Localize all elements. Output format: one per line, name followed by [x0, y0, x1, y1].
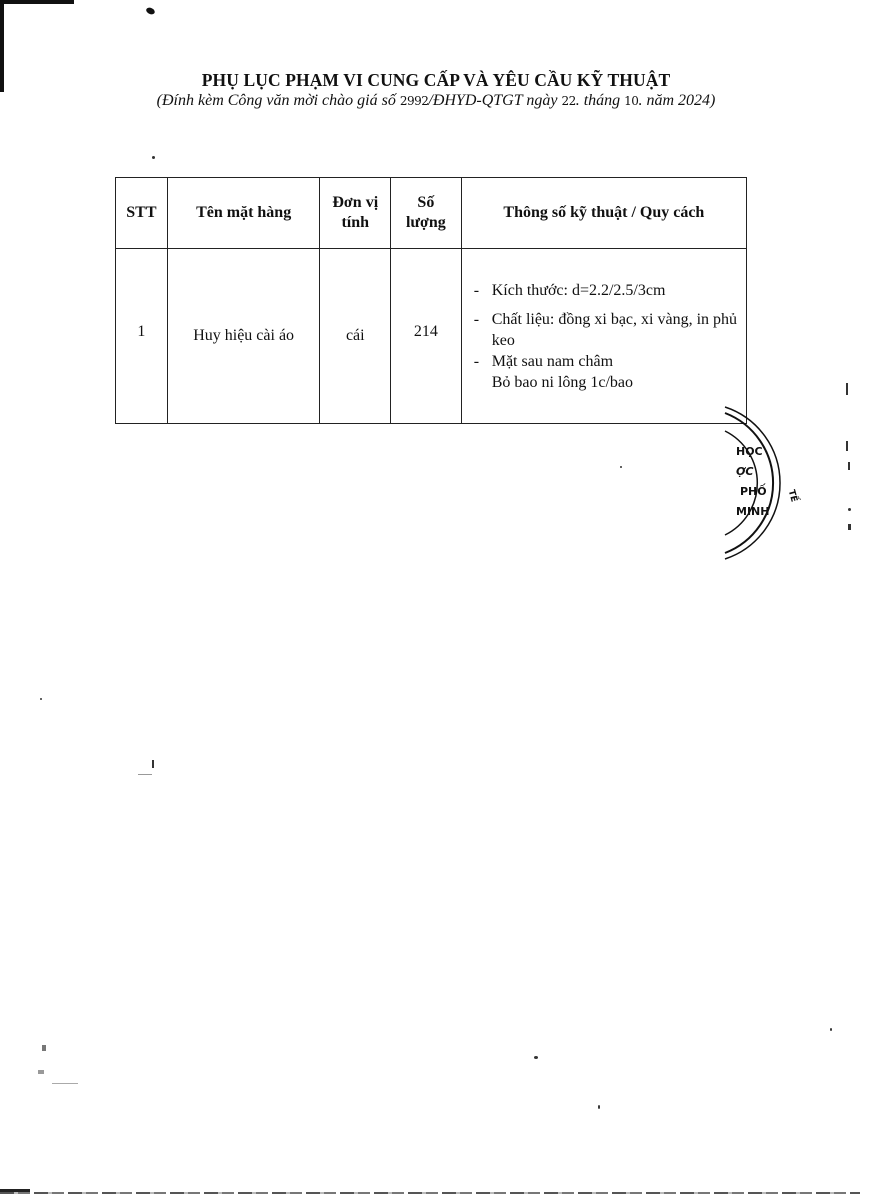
scan-speck — [152, 156, 155, 159]
scan-speck — [42, 1045, 46, 1051]
scan-speck — [620, 466, 622, 468]
stamp-text: HỌC — [736, 445, 763, 458]
table-header-row: STT Tên mặt hàng Đơn vị tính Số lượng Th… — [116, 178, 747, 249]
handwritten-month: 10 — [624, 94, 638, 108]
cell-unit: cái — [320, 249, 391, 424]
stamp-ring-icon — [700, 403, 810, 563]
subtitle-suffix: . năm 2024) — [638, 92, 715, 109]
stamp-text: MINH — [736, 505, 769, 518]
subtitle-prefix: (Đính kèm Công văn mời chào giá số — [157, 92, 400, 109]
subtitle-mid: . tháng — [576, 92, 624, 109]
subtitle-mid: /ĐHYD-QTGT ngày — [428, 92, 561, 109]
header-stt: STT — [116, 178, 168, 249]
cell-specification: -Kích thước: d=2.2/2.5/3cm -Chất liệu: đ… — [461, 249, 746, 424]
spec-item: -Chất liệu: đồng xi bạc, xi vàng, in phủ… — [474, 309, 746, 351]
spec-item: -Mặt sau nam châm — [474, 351, 746, 372]
scan-border-artifact — [0, 1192, 860, 1194]
document-subtitle: (Đính kèm Công văn mời chào giá số 2992/… — [0, 92, 872, 110]
scan-speck — [598, 1105, 600, 1109]
document-title: PHỤ LỤC PHẠM VI CUNG CẤP VÀ YÊU CẦU KỸ T… — [0, 70, 872, 91]
scan-speck — [534, 1056, 538, 1059]
scan-speck — [830, 1028, 832, 1031]
official-stamp: HỌC ỢC PHỐ MINH TẾ — [700, 403, 810, 563]
header-qty-line2: lượng — [406, 214, 446, 231]
margin-mark — [848, 508, 851, 511]
bullet-dash: - — [474, 280, 479, 301]
margin-mark — [846, 441, 848, 451]
scan-speck — [38, 1070, 44, 1074]
scan-speck — [40, 698, 42, 700]
bullet-dash: - — [474, 309, 479, 330]
header-specification: Thông số kỹ thuật / Quy cách — [461, 178, 746, 249]
table-row: 1 Huy hiệu cài áo cái 214 -Kích thước: d… — [116, 249, 747, 424]
header-unit: Đơn vị tính — [320, 178, 391, 249]
cell-item-name: Huy hiệu cài áo — [167, 249, 320, 424]
header-unit-line1: Đơn vị — [332, 194, 378, 211]
scan-speck — [138, 774, 152, 775]
spec-text: Mặt sau nam châm — [492, 353, 613, 370]
margin-mark — [848, 462, 850, 470]
handwritten-day: 22 — [561, 94, 575, 108]
stamp-text: PHỐ — [740, 485, 767, 498]
bullet-dash: - — [474, 351, 479, 372]
stamp-text: ỢC — [736, 465, 753, 478]
scan-speck — [145, 6, 156, 15]
margin-mark — [846, 383, 848, 395]
cell-quantity: 214 — [391, 249, 462, 424]
header-quantity: Số lượng — [391, 178, 462, 249]
header-item-name: Tên mặt hàng — [167, 178, 320, 249]
spec-text: Bỏ bao ni lông 1c/bao — [492, 374, 633, 391]
handwritten-doc-number: 2992 — [400, 94, 429, 108]
spec-text: Kích thước: d=2.2/2.5/3cm — [492, 282, 666, 299]
spec-item: Bỏ bao ni lông 1c/bao — [474, 372, 746, 393]
spec-text: Chất liệu: đồng xi bạc, xi vàng, in phủ … — [492, 311, 737, 349]
cell-stt: 1 — [116, 249, 168, 424]
spec-list: -Kích thước: d=2.2/2.5/3cm -Chất liệu: đ… — [462, 280, 746, 393]
header-qty-line1: Số — [417, 194, 434, 211]
scan-border-artifact — [0, 0, 74, 4]
spec-item: -Kích thước: d=2.2/2.5/3cm — [474, 280, 746, 301]
specification-table: STT Tên mặt hàng Đơn vị tính Số lượng Th… — [115, 177, 747, 424]
scan-speck — [152, 760, 154, 768]
margin-mark — [848, 524, 851, 530]
header-unit-line2: tính — [341, 214, 369, 231]
scan-speck — [52, 1083, 78, 1084]
